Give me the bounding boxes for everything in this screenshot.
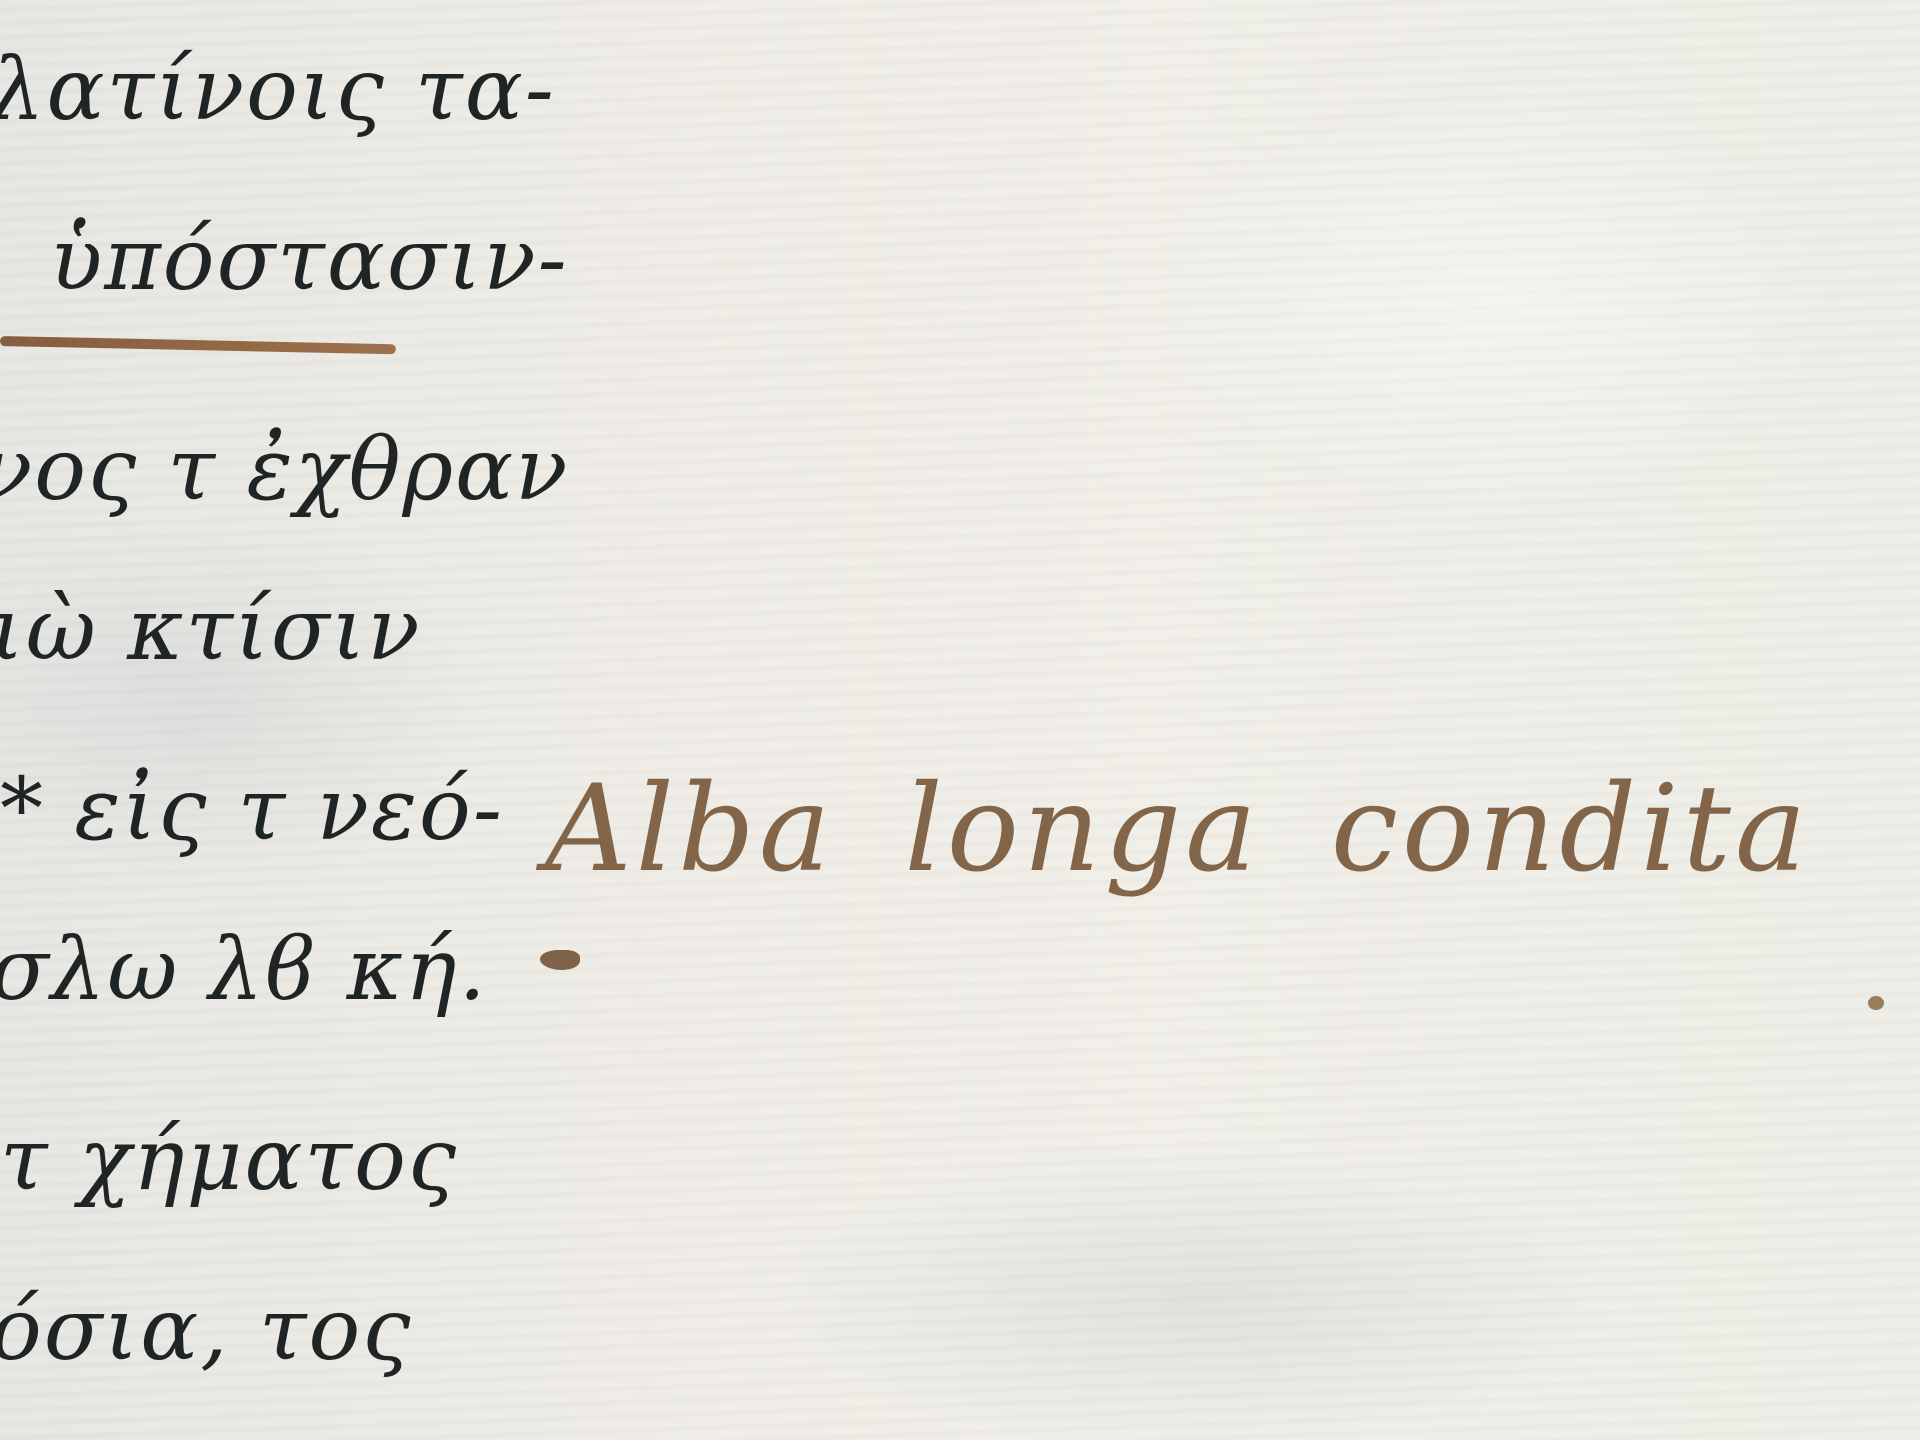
- greek-line-7: τ χήματος: [0, 1110, 458, 1210]
- manuscript-page: λατίνοις τα- ὑπόστασιν- νος τ ἐχθραν ιὼ …: [0, 0, 1920, 1440]
- greek-line-5: * εἰς τ νεό-: [0, 760, 504, 860]
- greek-line-2: ὑπόστασιν-: [50, 210, 569, 310]
- greek-text-column: λατίνοις τα- ὑπόστασιν- νος τ ἐχθραν ιὼ …: [0, 0, 580, 1440]
- brown-underline-stroke: [0, 336, 396, 354]
- latin-marginal-note: Albalongacondita: [545, 760, 1880, 899]
- marginal-word-alba: Alba: [545, 760, 834, 899]
- ink-dot-mark: [1868, 996, 1884, 1010]
- greek-line-4: ιὼ κτίσιν: [0, 580, 422, 680]
- ink-blot-mark: [540, 950, 580, 970]
- marginal-word-condita: condita: [1331, 760, 1811, 899]
- marginal-word-longa: longa: [904, 760, 1260, 899]
- greek-line-1: λατίνοις τα-: [0, 40, 556, 140]
- greek-line-3: νος τ ἐχθραν: [0, 420, 569, 520]
- greek-line-6: σλω λϐ κή.: [0, 920, 488, 1020]
- greek-line-8: όσια, τος: [0, 1280, 412, 1380]
